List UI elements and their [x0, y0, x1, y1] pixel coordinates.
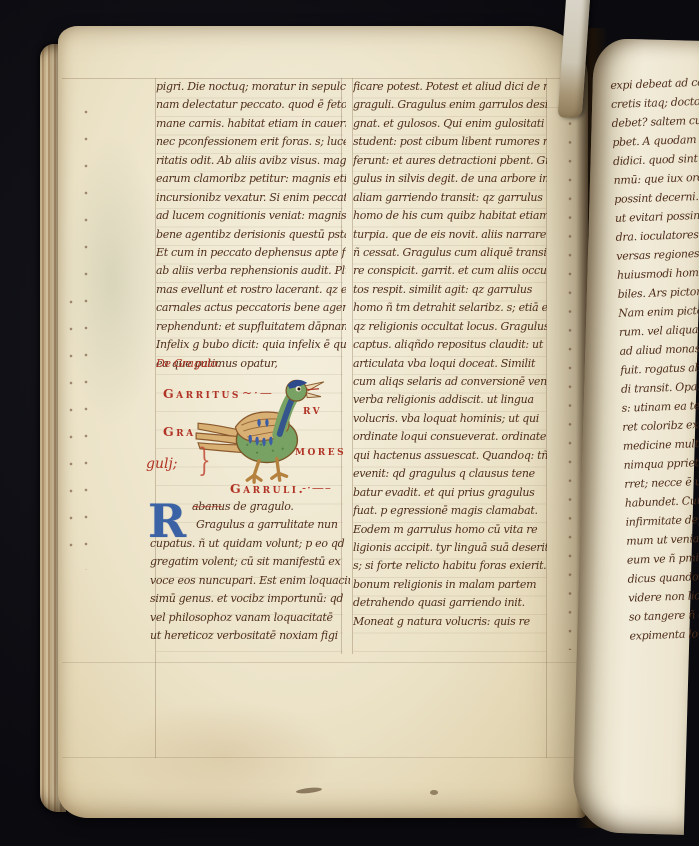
- text-line: dicus quandoq; vide: [627, 566, 699, 588]
- text-line: expimenta loquit: [629, 623, 699, 645]
- text-line: bonum religionis in malam partem: [353, 578, 547, 596]
- text-line: gulus in silvis degit. de una arbore in: [353, 172, 547, 190]
- ruling-line-horizontal: [62, 662, 582, 663]
- rubric-gra: Gra: [163, 424, 196, 439]
- text-line: ab aliis verba rephensionis audit. Plu: [156, 264, 346, 282]
- text-line: gnat. et gulosos. Qui enim gulositati: [353, 117, 547, 135]
- text-line: cum aliqs selaris ad conversionē venit.: [353, 375, 547, 393]
- text-line: ad lucem cognitionis veniat: magnis: [156, 209, 346, 227]
- text-line: mum ut veniat rog: [626, 529, 699, 551]
- text-line: tos respit. similit agit: qz garrulus: [353, 283, 547, 301]
- text-line: gregatim volent; cū sit manifestū ex: [150, 555, 350, 573]
- text-line: nec pconfessionem erit foras. s; lucem v…: [156, 135, 346, 153]
- text-line: graguli. Gragulus enim garrulos desi: [353, 98, 547, 116]
- manuscript-photo: pigri. Die noctuq; moratur in sepulchris…: [0, 0, 699, 846]
- text-line: Infelix g bubo dicit: quia infelix ē qui: [156, 338, 346, 356]
- text-line: bene agentibz derisionis questū pstat.: [156, 228, 346, 246]
- text-line: articulata vba loqui doceat. Similit: [353, 357, 547, 375]
- text-line: ñ cessat. Gragulus cum aliquē transi: [353, 246, 547, 264]
- rubric-flourish: ~·—: [242, 386, 274, 400]
- text-line: ficare potest. Potest et aliud dici de n…: [353, 80, 547, 98]
- text-line: voce eos nuncupari. Est enim loquacius: [150, 574, 350, 592]
- text-line: pigri. Die noctuq; moratur in sepulchris…: [156, 80, 346, 98]
- text-line: ferunt: et aures detractioni pbent. Gra: [353, 154, 547, 172]
- text-line: eum ve ñ pmiserit;: [627, 547, 699, 569]
- text-line: ritatis odit. Ab aliis avibz visus. magn…: [156, 154, 346, 172]
- rubric-rv: rv: [303, 402, 322, 417]
- text-line: medicine multus m: [623, 434, 699, 456]
- text-column-1-lower: abanus de gragulo. ~——Gragulus a garruli…: [150, 500, 350, 650]
- text-line: Et cum in peccato dephensus apte fuit:: [156, 246, 346, 264]
- text-line: infirmitate depmit: [625, 510, 699, 532]
- text-line: simū genus. et vocibz importunū: qd: [150, 592, 350, 610]
- text-line: student: post cibum libent rumores re: [353, 135, 547, 153]
- text-line: mas evellunt et rostro lacerant. qz et: [156, 283, 346, 301]
- text-line: videre non licet. Ta: [628, 585, 699, 607]
- text-line: carnales actus peccatoris bene agentes: [156, 301, 346, 319]
- text-line: Gragulus a garrulitate nun: [150, 518, 350, 536]
- text-column-2: ficare potest. Potest et aliud dici de n…: [353, 80, 547, 636]
- text-line: mane carnis. habitat etiam in cauernis:: [156, 117, 346, 135]
- text-line: ut hereticoz verbositatē noxiam figi: [150, 629, 350, 647]
- text-line: volucris. vba loquat hominis; ut qui: [353, 412, 547, 430]
- text-line: ordinate loqui consueverat. ordinate lo: [353, 430, 547, 448]
- text-line: rret; necce ē ut arc: [624, 472, 699, 494]
- text-line: batur evadit. et qui prius gragulus: [353, 486, 547, 504]
- text-line: abanus de gragulo. ~——: [150, 500, 350, 518]
- rubric-garritus: Garritus: [163, 386, 241, 401]
- rubric-paragraph-bracket: }: [198, 441, 211, 479]
- rubric-mores: mores: [295, 443, 346, 458]
- text-line: habundet. Cum alic: [625, 491, 699, 513]
- text-line: so tangere ñ conve: [629, 604, 699, 626]
- rubric-gulj: gulj;: [146, 456, 178, 472]
- text-line: qz religionis occultat locus. Gragulus: [353, 320, 547, 338]
- text-line: captus. aliqñdo repositus claudit: ut: [353, 338, 547, 356]
- text-line: ret coloribz exemplo: [622, 415, 699, 437]
- text-line: fuat. p egressionē magis clamabat.: [353, 504, 547, 522]
- text-line: s; si forte relicto habitu foras exierit…: [353, 559, 547, 577]
- text-line: evenit: qd gragulus q clausus tene: [353, 467, 547, 485]
- text-line: s: utinam ea tenere: [621, 396, 699, 418]
- ruling-line-horizontal: [62, 78, 582, 79]
- text-line: ea que patimus opatur, De Gragulo.: [156, 357, 346, 375]
- text-line: homo de his cum quibz habitat etiam: [353, 209, 547, 227]
- text-line: qui hactenus assuescat. Quandoq: tñ: [353, 449, 547, 467]
- pricking-holes: [69, 300, 73, 570]
- text-line: cupatus. ñ ut quidam volunt; p eo qd: [150, 537, 350, 555]
- pricking-holes: [84, 110, 88, 570]
- rubric-flourish: -·—–: [302, 481, 332, 495]
- text-line: aliam garriendo transit: qz garrulus: [353, 191, 547, 209]
- rubric-garruli: Garruli.: [230, 481, 305, 496]
- text-line: homo ñ tm detrahit selaribz. s; etiā eis: [353, 301, 547, 319]
- parchment-stain: [110, 700, 340, 810]
- text-line: ligionis accipit. tyr linguā suā deserit…: [353, 541, 547, 559]
- text-line: detrahendo quasi garriendo init.: [353, 596, 547, 614]
- parchment-stain: [62, 130, 162, 430]
- ruling-line-horizontal: [62, 757, 582, 758]
- text-column-1-upper: pigri. Die noctuq; moratur in sepulchris…: [156, 80, 346, 376]
- text-line: nimqua pprietate: [623, 453, 699, 475]
- text-line: verba religionis addiscit. ut lingua: [353, 393, 547, 411]
- text-line: Eodem m garrulus homo cū vita re: [353, 523, 547, 541]
- text-line: nam delectatur peccato. quod ē fetor hu: [156, 98, 346, 116]
- text-line: earum clamoribz petitur: magnis etiā: [156, 172, 346, 190]
- text-line: Moneat g natura volucris: quis re: [353, 615, 547, 633]
- pricking-holes: [568, 84, 572, 650]
- text-line: vel philosophoz vanam loquacitatē: [150, 611, 350, 629]
- text-line: turpia. que de eis novit. aliis narrare: [353, 228, 547, 246]
- text-line: rephendunt: et supfluitatem dāpnant.: [156, 320, 346, 338]
- parchment-blemish: [430, 790, 438, 795]
- text-line: re conspicit. garrit. et cum aliis occul: [353, 264, 547, 282]
- text-line: incursionibz vexatur. Si enim peccator: [156, 191, 346, 209]
